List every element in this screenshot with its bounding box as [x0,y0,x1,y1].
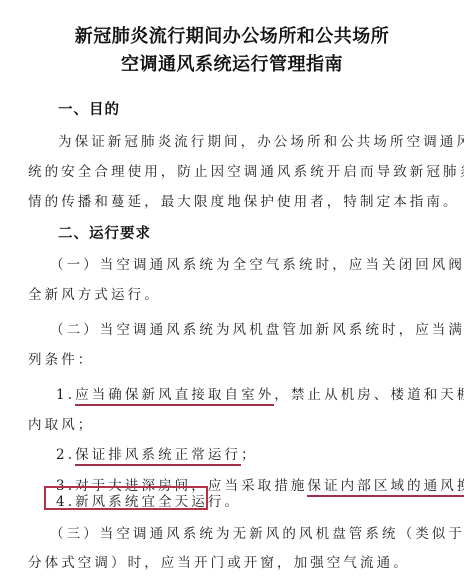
paragraph-line: 内取风； [28,413,94,433]
condition-number: 1. [56,387,75,403]
paragraph-line: （一）当空调通风系统为全空气系统时，应当关闭回风阀，采用 [50,253,464,273]
document-title-line-2: 空调通风系统运行管理指南 [0,50,464,76]
paragraph-line: 情的传播和蔓延，最大限度地保护使用者，特制定本指南。 [28,190,460,210]
condition-text: ； [241,447,258,463]
condition-2: 2.保证排风系统正常运行； [56,443,258,463]
paragraph-line: （三）当空调通风系统为无新风的风机盘管系统（类似于家庭 [50,522,464,542]
paragraph-line: 为保证新冠肺炎流行期间，办公场所和公共场所空调通风系 [58,130,464,150]
section-heading-requirements: 二、运行要求 [58,222,151,243]
paragraph-line: 全新风方式运行。 [28,283,161,303]
section-heading-purpose: 一、目的 [58,98,120,119]
condition-1: 1.应当确保新风直接取自室外，禁止从机房、楼道和天棚吊顶 [56,383,464,403]
underlined-text: 保证内部区域的通风换气 [307,478,464,497]
paragraph-line: 列条件： [28,348,94,368]
condition-4: 4.新风系统宜全天运行。 [56,490,241,510]
document-title-line-1: 新冠肺炎流行期间办公场所和公共场所 [0,22,464,48]
underlined-text: 保证排风系统正常运行 [75,447,241,466]
paragraph-line: 统的安全合理使用，防止因空调通风系统开启而导致新冠肺炎疫 [28,160,464,180]
condition-text: ，禁止从机房、楼道和天棚吊顶 [274,387,464,403]
underlined-text: 应当确保新风直接取自室外 [75,387,274,406]
condition-number: 2. [56,447,75,463]
paragraph-line: （二）当空调通风系统为风机盘管加新风系统时，应当满足下 [50,318,464,338]
paragraph-line: 分体式空调）时，应当开门或开窗，加强空气流通。 [28,551,410,571]
